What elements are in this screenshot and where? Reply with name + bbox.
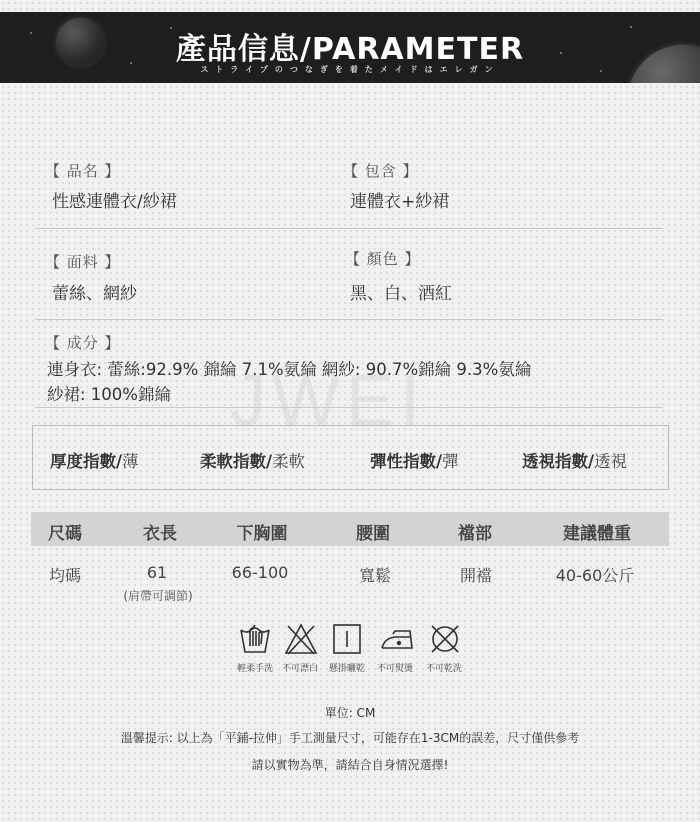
no-bleach-icon (276, 622, 326, 656)
table-cell-size: 均碼 (49, 563, 81, 586)
unit-note: 單位: CM (0, 704, 700, 721)
composition-label: 【 成分 】 (45, 332, 121, 353)
transparency-index: 透視指數/透視 (522, 448, 627, 472)
divider (35, 228, 663, 229)
care-label: 不可漂白 (282, 661, 318, 674)
selection-advice: 請以實物為準，請結合自身情況選擇! (0, 756, 700, 773)
table-cell-underbust: 66-100 (232, 563, 289, 582)
table-header-waist: 腰圍 (356, 519, 390, 544)
index-value: 彈 (442, 452, 459, 471)
no-dry-clean-icon (420, 622, 470, 656)
elasticity-index: 彈性指數/彈 (370, 448, 459, 472)
table-cell-crotch: 開襠 (460, 563, 492, 586)
index-name: 厚度指數/ (50, 452, 122, 471)
color-label: 【 顏色 】 (345, 248, 421, 269)
product-name-label: 【 品名 】 (45, 160, 121, 181)
product-name-value: 性感連體衣/紗裙 (52, 187, 177, 212)
care-label: 不可乾洗 (426, 661, 462, 674)
table-header-crotch: 襠部 (458, 519, 492, 544)
table-header-underbust: 下胸圍 (237, 519, 288, 544)
hang-dry-icon (322, 622, 372, 656)
composition-line: 連身衣: 蕾絲:92.9% 錦綸 7.1%氨綸 網紗: 90.7%錦綸 9.3%… (47, 356, 531, 380)
index-value: 柔軟 (272, 452, 305, 471)
banner-title: 產品信息/PARAMETER (0, 24, 700, 68)
table-cell-waist: 寬鬆 (359, 563, 391, 586)
index-name: 彈性指數/ (370, 452, 442, 471)
fabric-indices-box: 厚度指數/薄 柔軟指數/柔軟 彈性指數/彈 透視指數/透視 (32, 425, 669, 490)
includes-label: 【 包含 】 (343, 160, 419, 181)
parameter-banner: 產品信息/PARAMETER ストライプのつなぎを着たメイドはエレガン (0, 12, 700, 83)
table-cell-length: 61 (147, 563, 167, 582)
care-label: 不可熨燙 (377, 661, 413, 674)
care-label: 輕柔手洗 (237, 661, 273, 674)
index-value: 薄 (122, 452, 139, 471)
hand-wash-icon (230, 622, 280, 656)
banner-subtitle: ストライプのつなぎを着たメイドはエレガン (0, 64, 700, 75)
includes-value: 連體衣+紗裙 (350, 187, 449, 212)
table-header-weight: 建議體重 (563, 519, 631, 544)
care-label: 懸掛曬乾 (329, 661, 365, 674)
fabric-label: 【 面料 】 (45, 251, 121, 272)
table-header-length: 衣長 (143, 519, 177, 544)
color-value: 黑、白、酒紅 (350, 279, 452, 304)
divider (35, 407, 663, 408)
no-iron-icon (372, 622, 422, 656)
measurement-tip: 溫馨提示: 以上為「平鋪-拉伸」手工測量尺寸，可能存在1-3CM的誤差，尺寸僅供… (0, 729, 700, 746)
softness-index: 柔軟指數/柔軟 (200, 448, 305, 472)
table-cell-weight: 40-60公斤 (556, 563, 635, 586)
index-value: 透視 (594, 452, 627, 471)
thickness-index: 厚度指數/薄 (50, 448, 139, 472)
composition-line: 紗裙: 100%錦綸 (47, 381, 171, 405)
index-name: 透視指數/ (522, 452, 594, 471)
table-cell-note: (肩帶可調節) (123, 587, 192, 604)
divider (35, 319, 663, 320)
index-name: 柔軟指數/ (200, 452, 272, 471)
fabric-value: 蕾絲、網紗 (52, 279, 137, 304)
table-header-size: 尺碼 (48, 519, 82, 544)
